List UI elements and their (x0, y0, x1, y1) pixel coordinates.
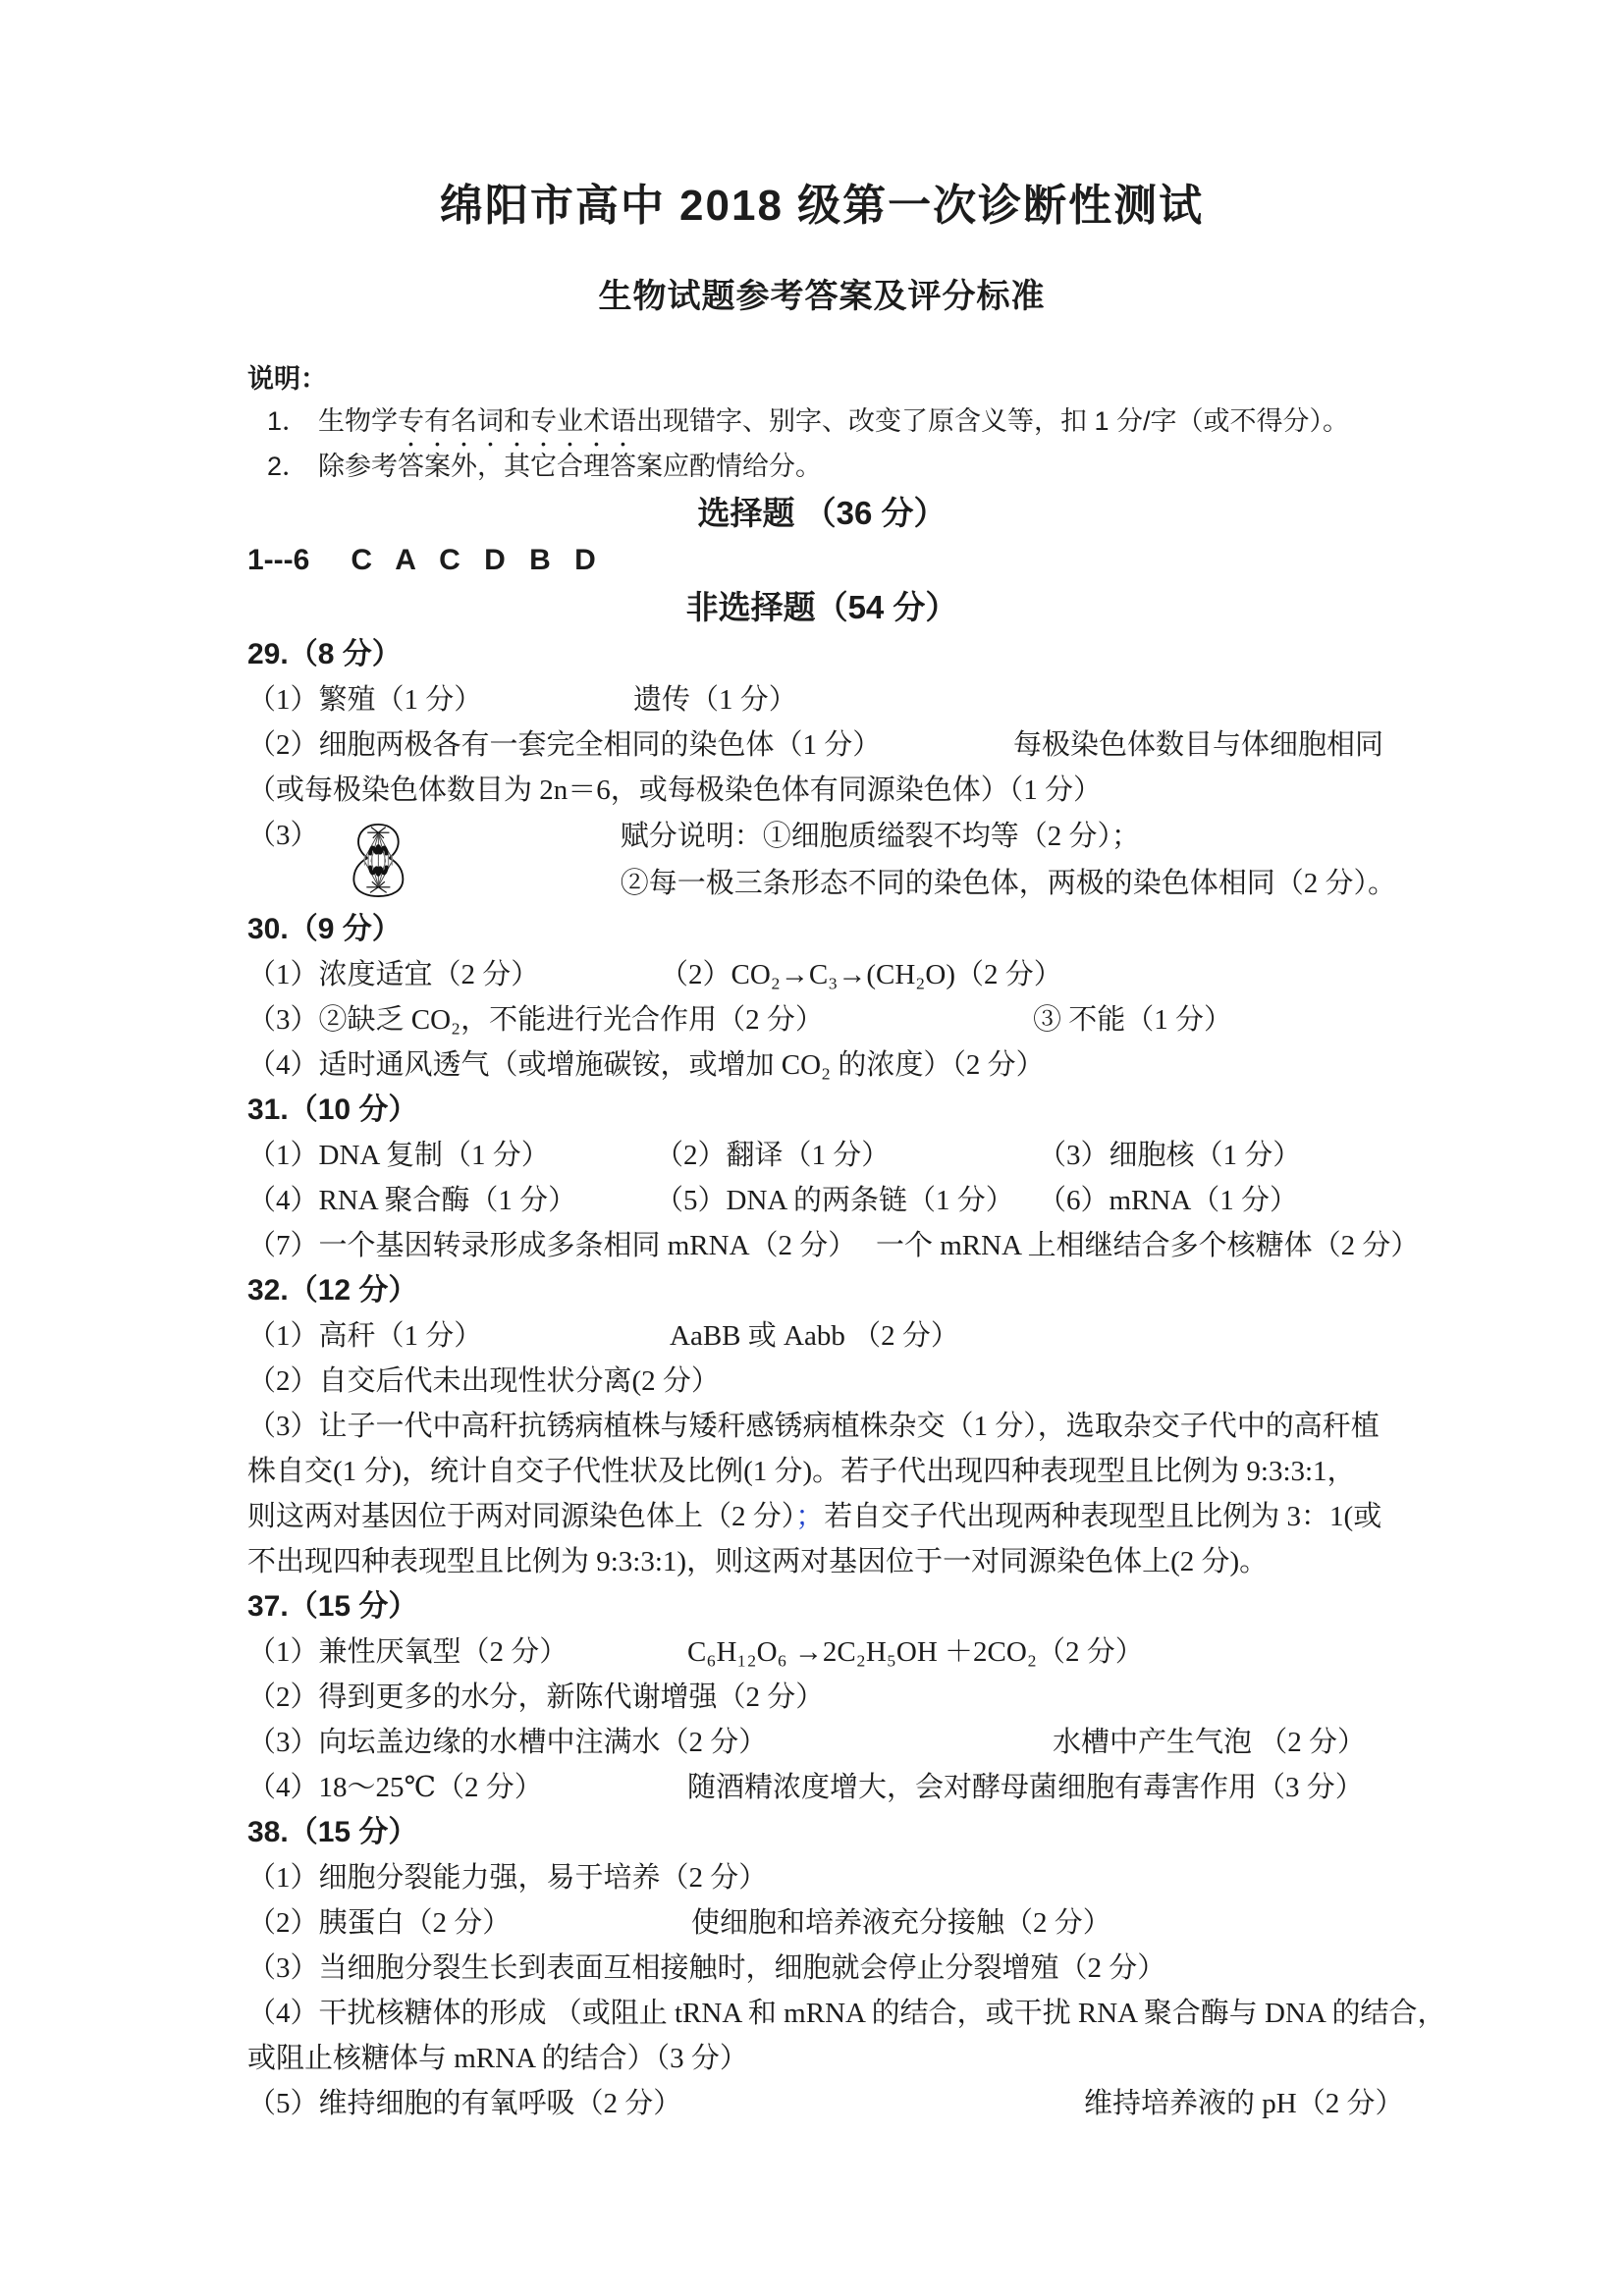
q32-line-1: （1）高秆（1 分）AaBB 或 Aabb （2 分） (247, 1313, 1396, 1359)
q38-line-3: （3）当细胞分裂生长到表面互相接触时，细胞就会停止分裂增殖（2 分） (247, 1946, 1396, 1991)
q32-blue-semicolon: ； (795, 1501, 824, 1532)
note-item-2: 2．除参考答案外，其它合理答案应酌情给分。 (247, 444, 1396, 489)
q32-paragraph-line-2: 株自交(1 分)，统计自交子代性状及比例(1 分)。若子代出现四种表现型且比例为… (247, 1449, 1396, 1494)
note-2-number: 2． (267, 452, 308, 481)
answer-key-document: 绵阳市高中 2018 级第一次诊断性测试 生物试题参考答案及评分标准 说明： 1… (0, 0, 1624, 2296)
q30-header: 30.（9 分） (247, 907, 1396, 952)
q32-paragraph-line-4: 不出现四种表现型且比例为 9:3:3:1)，则这两对基因位于一对同源染色体上(2… (247, 1539, 1396, 1584)
q30-answer-1a: （1）浓度适宜（2 分） (247, 952, 660, 997)
q31-answer-1a: （1）DNA 复制（1 分） (247, 1133, 655, 1178)
q31-line-2: （4）RNA 聚合酶（1 分）（5）DNA 的两条链（1 分）（6）mRNA（1… (247, 1178, 1396, 1223)
q31-answer-2a: （4）RNA 聚合酶（1 分） (247, 1178, 655, 1223)
q38-line-1: （1）细胞分裂能力强，易于培养（2 分） (247, 1855, 1396, 1900)
q38-answer-5a: （5）维持细胞的有氧呼吸（2 分） (247, 2081, 1084, 2126)
page-title: 绵阳市高中 2018 级第一次诊断性测试 (247, 175, 1396, 238)
note-1-emphasized-terms: 专有名词和专业术语 (398, 406, 636, 436)
q29-line-2: （2）细胞两极各有一套完全相同的染色体（1 分）每极染色体数目与体细胞相同 (247, 722, 1396, 768)
q29-scoring-note-1: 赋分说明：①细胞质缢裂不均等（2 分）； (621, 813, 1396, 860)
q31-line-1: （1）DNA 复制（1 分）（2）翻译（1 分）（3）细胞核（1 分） (247, 1133, 1396, 1178)
q31-line-3: （7）一个基因转录形成多条相同 mRNA（2 分）一个 mRNA 上相继结合多个… (247, 1223, 1396, 1268)
note-2-text: 除参考答案外，其它合理答案应酌情给分。 (318, 452, 822, 481)
q32-paragraph-line-3: 则这两对基因位于两对同源染色体上（2 分）；若自交子代出现两种表现型且比例为 3… (247, 1494, 1396, 1539)
q37-line-3: （3）向坛盖边缘的水槽中注满水（2 分）水槽中产生气泡 （2 分） (247, 1720, 1396, 1765)
q38-line-4a: （4）干扰核糖体的形成 （或阻止 tRNA 和 mRNA 的结合，或干扰 RNA… (247, 1991, 1396, 2036)
q38-line-4b: 或阻止核糖体与 mRNA 的结合）（3 分） (247, 2036, 1396, 2081)
q29-line-1: （1）繁殖（1 分）遗传（1 分） (247, 677, 1396, 722)
q32-answer-1b: AaBB 或 Aabb （2 分） (670, 1313, 959, 1359)
q37-answer-1a: （1）兼性厌氧型（2 分） (247, 1629, 687, 1675)
q37-header: 37.（15 分） (247, 1584, 1396, 1629)
q30-answer-2a: （3）②缺乏 CO₂，不能进行光合作用（2 分） (247, 997, 1033, 1042)
q31-header: 31.（10 分） (247, 1088, 1396, 1133)
q30-line-2: （3）②缺乏 CO₂，不能进行光合作用（2 分）③ 不能（1 分） (247, 997, 1396, 1042)
q32-paragraph-line-1: （3）让子一代中高秆抗锈病植株与矮秆感锈病植株杂交（1 分），选取杂交子代中的高… (247, 1404, 1396, 1449)
q31-answer-2c: （6）mRNA（1 分） (1038, 1178, 1298, 1223)
q38-header: 38.（15 分） (247, 1810, 1396, 1855)
q37-answer-3a: （3）向坛盖边缘的水槽中注满水（2 分） (247, 1720, 1053, 1765)
q30-line-1: （1）浓度适宜（2 分）（2）CO₂→C₃→(CH₂O)（2 分） (247, 952, 1396, 997)
q29-header: 29.（8 分） (247, 632, 1396, 677)
choice-answer-letters: C A C D B D (351, 544, 603, 576)
q29-scoring-note-2: ②每一极三条形态不同的染色体，两极的染色体相同（2 分）。 (621, 860, 1396, 907)
note-item-1: 1．生物学专有名词和专业术语出现错字、别字、改变了原含义等，扣 1 分/字（或不… (247, 399, 1396, 444)
q37-answer-1b-equation: C₆H₁₂O₆ →2C₂H₅OH ＋2CO₂（2 分） (687, 1629, 1144, 1675)
q29-line-3: （或每极染色体数目为 2n＝6，或每极染色体有同源染色体）（1 分） (247, 768, 1396, 813)
q29-answer-2a: （2）细胞两极各有一套完全相同的染色体（1 分） (247, 722, 1013, 768)
q32-header: 32.（12 分） (247, 1268, 1396, 1313)
cell-division-diagram (346, 819, 411, 901)
q32-paragraph-3-post: 若自交子代出现两种表现型且比例为 3：1(或 (824, 1501, 1381, 1532)
q29-line-4: （3） (247, 813, 1396, 907)
q32-line-2: （2）自交后代未出现性状分离(2 分） (247, 1359, 1396, 1404)
q38-answer-2a: （2）胰蛋白（2 分） (247, 1900, 691, 1946)
q31-answer-3b: 一个 mRNA 上相继结合多个核糖体（2 分） (876, 1223, 1419, 1268)
note-1-number: 1． (267, 406, 308, 436)
page-subtitle: 生物试题参考答案及评分标准 (247, 273, 1396, 320)
notes-label: 说明： (247, 359, 1396, 399)
q37-answer-4b: 随酒精浓度增大，会对酵母菌细胞有毒害作用（3 分） (687, 1765, 1364, 1810)
q38-line-5: （5）维持细胞的有氧呼吸（2 分）维持培养液的 pH（2 分） (247, 2081, 1396, 2126)
q32-answer-1a: （1）高秆（1 分） (247, 1313, 670, 1359)
q37-line-1: （1）兼性厌氧型（2 分）C₆H₁₂O₆ →2C₂H₅OH ＋2CO₂（2 分） (247, 1629, 1396, 1675)
q29-scoring-notes: 赋分说明：①细胞质缢裂不均等（2 分）； ②每一极三条形态不同的染色体，两极的染… (621, 813, 1396, 907)
q38-answer-2b: 使细胞和培养液充分接触（2 分） (691, 1900, 1111, 1946)
choice-range-label: 1---6 (247, 544, 309, 576)
q31-answer-2b: （5）DNA 的两条链（1 分） (655, 1178, 1038, 1223)
q37-line-2: （2）得到更多的水分，新陈代谢增强（2 分） (247, 1675, 1396, 1720)
choice-answers-line: 1---6C A C D B D (247, 538, 1396, 583)
q37-answer-3b: 水槽中产生气泡 （2 分） (1053, 1720, 1366, 1765)
q30-answer-1b: （2）CO₂→C₃→(CH₂O)（2 分） (660, 952, 1062, 997)
q38-answer-5b: 维持培养液的 pH（2 分） (1084, 2081, 1403, 2126)
q31-answer-1b: （2）翻译（1 分） (655, 1133, 1038, 1178)
q37-answer-4a: （4）18～25℃（2 分） (247, 1765, 687, 1810)
q30-answer-2b: ③ 不能（1 分） (1033, 997, 1232, 1042)
q31-answer-3a: （7）一个基因转录形成多条相同 mRNA（2 分） (247, 1223, 876, 1268)
non-choice-section-heading: 非选择题（54 分） (247, 583, 1396, 632)
note-1-text-pre: 生物学 (318, 406, 398, 436)
q30-line-3: （4）适时通风透气（或增施碳铵，或增加 CO₂ 的浓度）（2 分） (247, 1042, 1396, 1088)
q29-answer-2b: 每极染色体数目与体细胞相同 (1013, 722, 1383, 768)
q29-answer-1a: （1）繁殖（1 分） (247, 677, 633, 722)
q29-item-3-label: （3） (247, 813, 346, 858)
q37-line-4: （4）18～25℃（2 分）随酒精浓度增大，会对酵母菌细胞有毒害作用（3 分） (247, 1765, 1396, 1810)
q32-paragraph-3-pre: 则这两对基因位于两对同源染色体上（2 分） (247, 1501, 795, 1532)
q31-answer-1c: （3）细胞核（1 分） (1038, 1133, 1301, 1178)
q38-line-2: （2）胰蛋白（2 分）使细胞和培养液充分接触（2 分） (247, 1900, 1396, 1946)
choice-section-heading: 选择题 （36 分） (247, 489, 1396, 538)
note-1-text-post: 出现错字、别字、改变了原含义等，扣 1 分/字（或不得分）。 (636, 406, 1349, 436)
q29-answer-1b: 遗传（1 分） (633, 677, 797, 722)
